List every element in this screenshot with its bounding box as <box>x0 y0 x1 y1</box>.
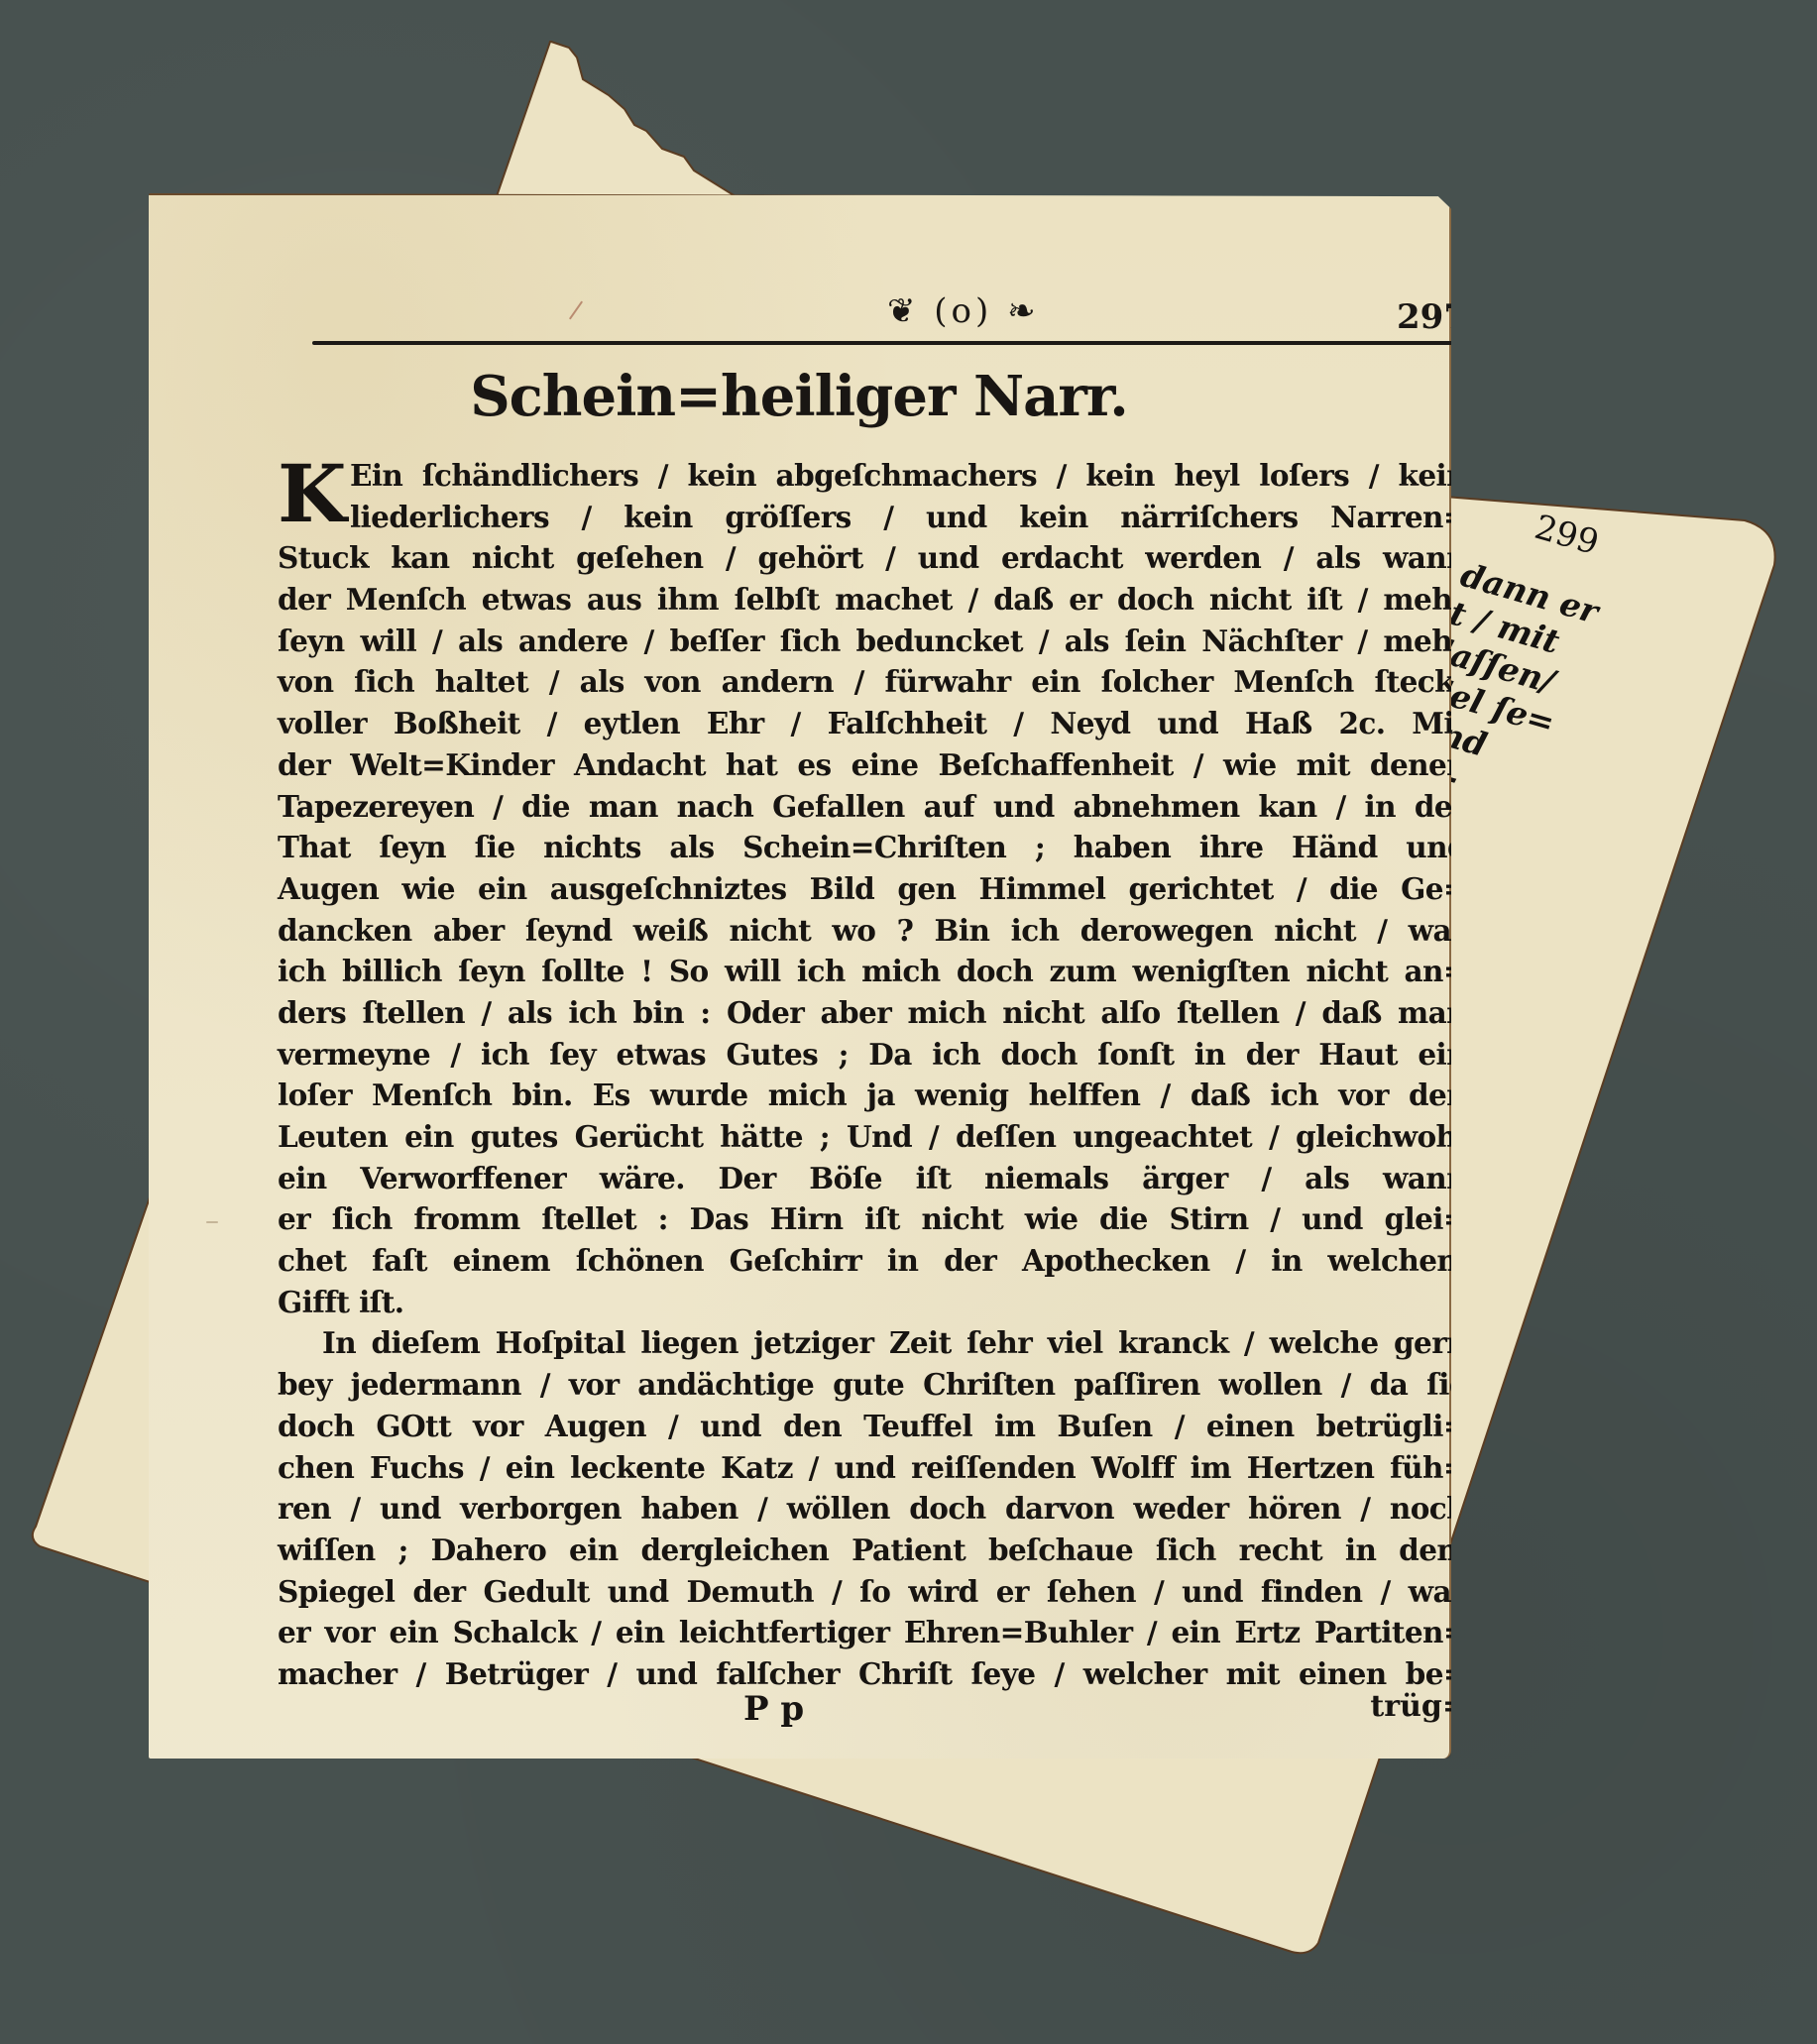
page-footer: P p trüg= <box>278 1689 1467 1739</box>
text-line: doch GOtt vor Augen / und den Teuffel im… <box>278 1406 1467 1447</box>
header-ornament: ❦ (o) ❧ <box>887 291 1040 331</box>
text-line: ren / und verborgen haben / wöllen doch … <box>278 1488 1467 1530</box>
text-line: Stuck kan nicht geſehen / gehört / und e… <box>278 537 1467 579</box>
text-line: von ſich haltet / als von andern / fürwa… <box>278 661 1467 703</box>
text-line: Augen wie ein ausgeſchniztes Bild gen Hi… <box>278 868 1467 910</box>
text-line: bey jedermann / vor andächtige gute Chri… <box>278 1364 1467 1406</box>
body-text: K Ein ſchändlichers / kein abgeſchmacher… <box>278 455 1467 1695</box>
text-line: wiſſen ; Dahero ein dergleichen Patient … <box>278 1530 1467 1571</box>
text-line: Spiegel der Gedult und Demuth / ſo wird … <box>278 1571 1467 1613</box>
signature-mark: P p <box>743 1689 804 1729</box>
text-line: voller Boßheit / eytlen Ehr / Falſchheit… <box>278 703 1467 744</box>
text-line: dancken aber ſeynd weiß nicht wo ? Bin i… <box>278 910 1467 952</box>
text-line: chet faſt einem ſchönen Geſchirr in der … <box>278 1240 1467 1282</box>
text-line: er vor ein Schalck / ein leichtfertiger … <box>278 1612 1467 1653</box>
text-line: liederlichers / kein gröſſers / und kein… <box>278 497 1467 538</box>
text-line: der Menſch etwas aus ihm ſelbſt machet /… <box>278 579 1467 621</box>
chapter-title: Schein=heiliger Narr. <box>149 364 1449 429</box>
text-line: der Welt=Kinder Andacht hat es eine Beſc… <box>278 744 1467 786</box>
text-line: loſer Menſch bin. Es wurde mich ja wenig… <box>278 1075 1467 1116</box>
text-line: ders ſtellen / als ich bin : Oder aber m… <box>278 992 1467 1034</box>
text-line: Gifft iſt. <box>278 1282 1467 1323</box>
text-line: ich billich ſeyn ſollte ! So will ich mi… <box>278 951 1467 992</box>
front-page: ❦ (o) ❧ 297 Schein=heiliger Narr. K Ein … <box>149 193 1451 1759</box>
text-line: ſeyn will / als andere / beſſer ſich bed… <box>278 621 1467 662</box>
text-line: ein Verworffener wäre. Der Böſe iſt niem… <box>278 1158 1467 1199</box>
text-line: Leuten ein gutes Gerücht hätte ; Und / d… <box>278 1116 1467 1158</box>
text-line: chen Fuchs / ein leckente Katz / und rei… <box>278 1447 1467 1489</box>
drop-cap: K <box>278 455 346 532</box>
text-line: vermeyne / ich ſey etwas Gutes ; Da ich … <box>278 1034 1467 1076</box>
text-line: That ſeyn ſie nichts als Schein=Chriſten… <box>278 827 1467 868</box>
text-line: Tapezereyen / die man nach Gefallen auf … <box>278 786 1467 828</box>
text-line: In dieſem Hoſpital liegen jetziger Zeit … <box>278 1322 1467 1364</box>
paper-blemish <box>206 1221 218 1223</box>
header-rule <box>312 341 1469 345</box>
text-line: Ein ſchändlichers / kein abgeſchmachers … <box>278 455 1467 497</box>
running-header: ❦ (o) ❧ 297 <box>312 291 1467 341</box>
text-line: er ſich fromm ſtellet : Das Hirn iſt nic… <box>278 1198 1467 1240</box>
